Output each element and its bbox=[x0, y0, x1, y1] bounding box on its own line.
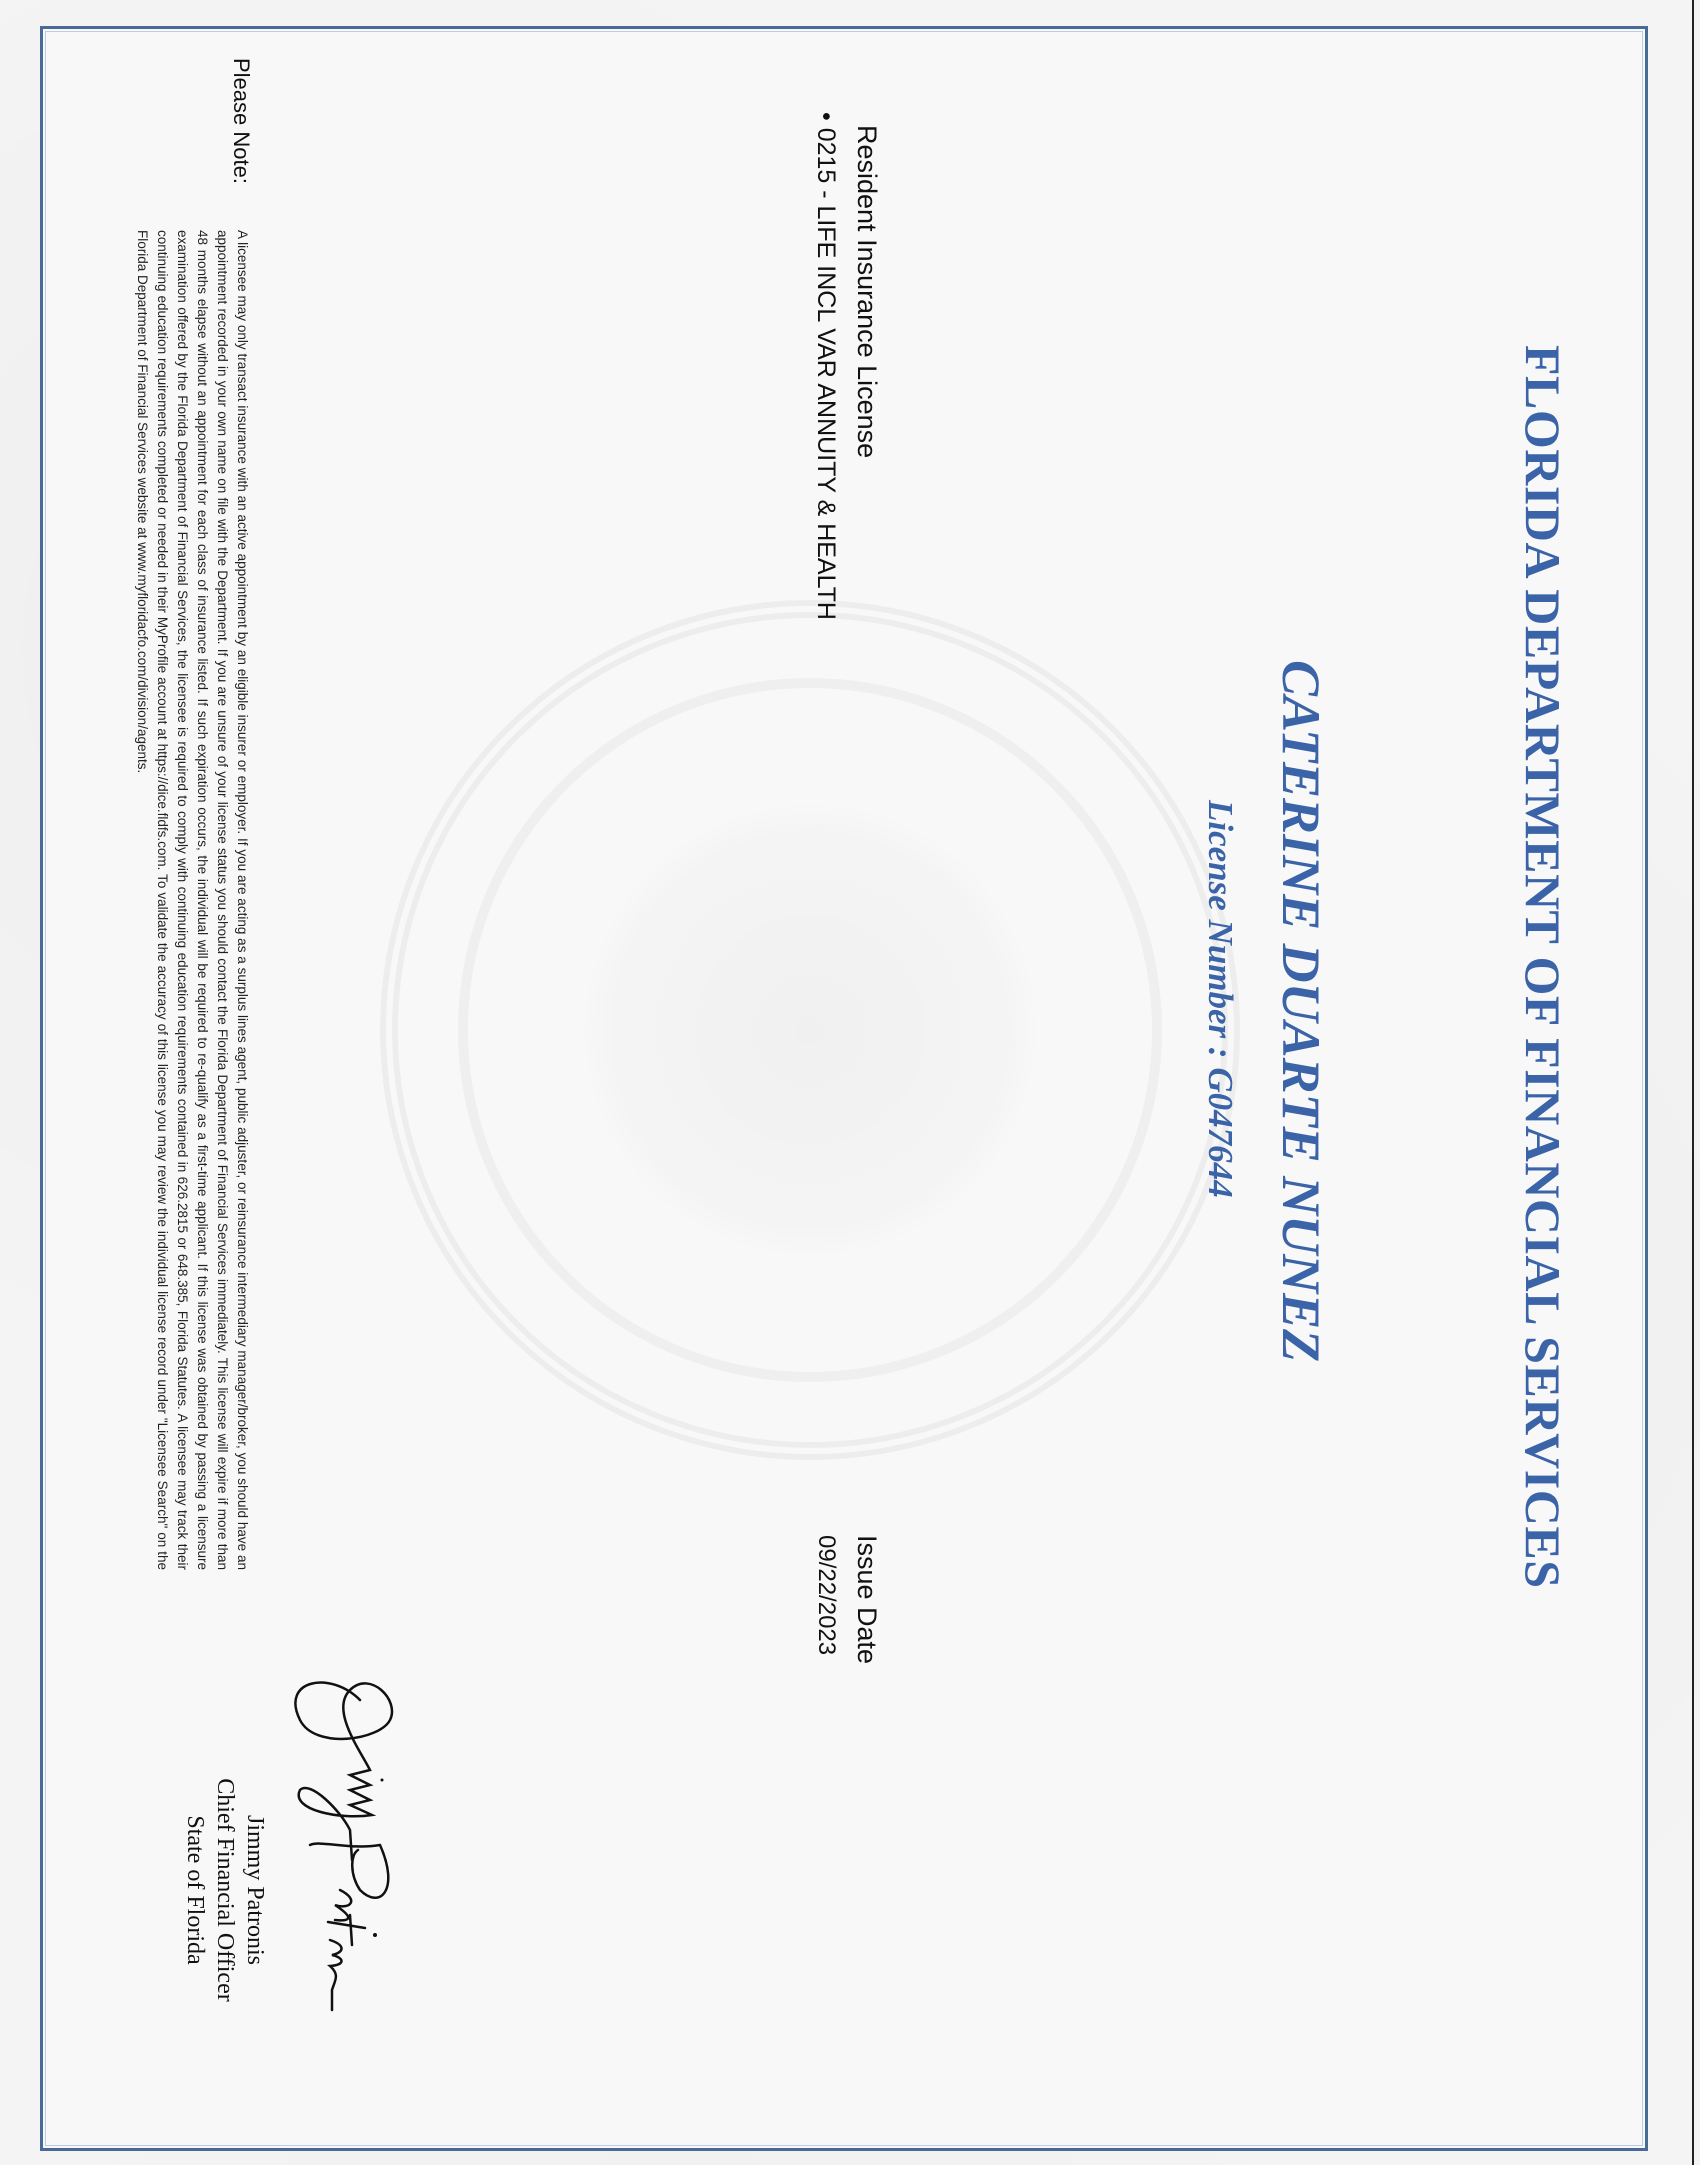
issue-date-value: 09/22/2023 bbox=[812, 1535, 840, 1655]
licensee-name: CATERINE DUARTE NUNEZ bbox=[1270, 660, 1332, 1362]
license-type-heading: Resident Insurance License bbox=[851, 125, 882, 458]
license-class-item: • 0215 - LIFE INCL VAR ANNUITY & HEALTH bbox=[811, 112, 840, 620]
signatory-title: Chief Financial Officer bbox=[210, 1740, 240, 2040]
signatory-block: Jimmy Patronis Chief Financial Officer S… bbox=[180, 1740, 270, 2040]
note-text: A licensee may only transact insurance w… bbox=[132, 230, 252, 1570]
issue-date-label: Issue Date bbox=[851, 1535, 882, 1664]
agency-title: FLORIDA DEPARTMENT OF FINANCIAL SERVICES bbox=[1514, 0, 1572, 2165]
signatory-name: Jimmy Patronis bbox=[240, 1740, 270, 2040]
license-number: License Number : G047644 bbox=[1200, 800, 1240, 1198]
signature-icon bbox=[270, 1660, 420, 2020]
license-certificate: FLORIDA DEPARTMENT OF FINANCIAL SERVICES… bbox=[0, 0, 1700, 2165]
note-label: Please Note: bbox=[228, 58, 254, 184]
signatory-org: State of Florida bbox=[180, 1740, 210, 2040]
